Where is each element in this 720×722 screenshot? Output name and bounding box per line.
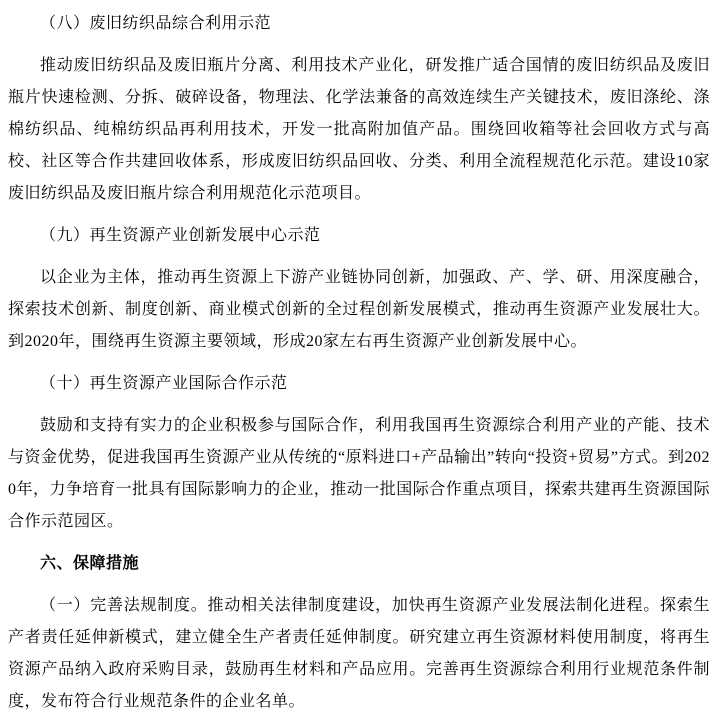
paragraph-waste-textiles: 推动废旧纺织品及废旧瓶片分离、利用技术产业化，研发推广适合国情的废旧纺织品及废旧…	[8, 50, 710, 210]
subheading-10-international-cooperation: （十）再生资源产业国际合作示范	[8, 368, 710, 400]
paragraph-innovation-center: 以企业为主体，推动再生资源上下游产业链协同创新，加强政、产、学、研、用深度融合，…	[8, 262, 710, 358]
document-body: （八）废旧纺织品综合利用示范 推动废旧纺织品及废旧瓶片分离、利用技术产业化，研发…	[0, 0, 720, 722]
chapter-heading-6-safeguard-measures: 六、保障措施	[8, 548, 710, 580]
subheading-8-waste-textiles: （八）废旧纺织品综合利用示范	[8, 8, 710, 40]
paragraph-international-cooperation: 鼓励和支持有实力的企业积极参与国际合作，利用我国再生资源综合利用产业的产能、技术…	[8, 410, 710, 538]
paragraph-legal-system: （一）完善法规制度。推动相关法律制度建设，加快再生资源产业发展法制化进程。探索生…	[8, 590, 710, 718]
subheading-9-innovation-center: （九）再生资源产业创新发展中心示范	[8, 220, 710, 252]
